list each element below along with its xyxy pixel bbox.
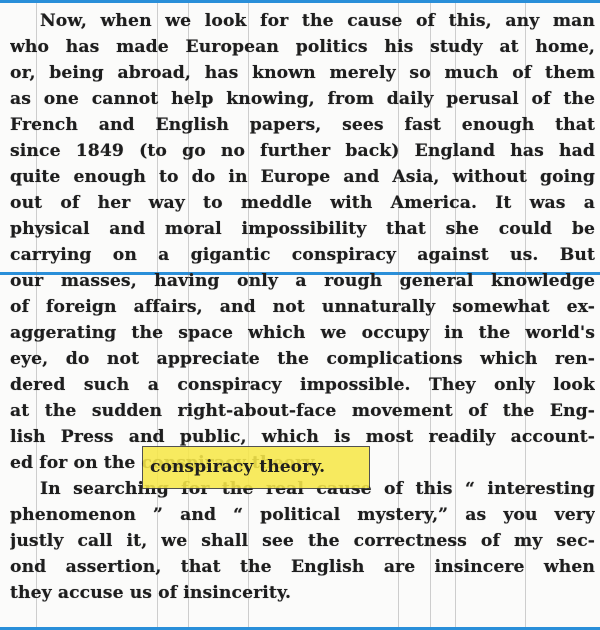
- text-line: or, being abroad, has known merely so mu…: [10, 60, 595, 86]
- paragraph-1: Now, when we look for the cause of this,…: [10, 8, 595, 476]
- text-line: Now, when we look for the cause of this,…: [10, 8, 595, 34]
- text-line: who has made European politics his study…: [10, 34, 595, 60]
- text-line: dered such a conspiracy impossible. They…: [10, 372, 595, 398]
- text-line: carrying on a gigantic conspiracy agains…: [10, 242, 595, 268]
- text-line: out of her way to meddle with America. I…: [10, 190, 595, 216]
- text-line: ond assertion, that the English are insi…: [10, 554, 595, 580]
- highlighted-phrase: conspiracy theory.: [150, 454, 325, 480]
- text-line: physical and moral impossibility that sh…: [10, 216, 595, 242]
- text-line: they accuse us of insincerity.: [10, 580, 595, 606]
- text-line: eye, do not appreciate the complications…: [10, 346, 595, 372]
- text-line: phenomenon ” and “ political mystery,” a…: [10, 502, 595, 528]
- selection-border-top: [0, 0, 600, 3]
- text-line: justly call it, we shall see the correct…: [10, 528, 595, 554]
- text-line: as one cannot help knowing, from daily p…: [10, 86, 595, 112]
- text-line: at the sudden right-about-face movement …: [10, 398, 595, 424]
- text-line: quite enough to do in Europe and Asia, w…: [10, 164, 595, 190]
- newspaper-clipping: Now, when we look for the cause of this,…: [0, 0, 600, 630]
- text-line: since 1849 (to go no further back) Engla…: [10, 138, 595, 164]
- article-body: Now, when we look for the cause of this,…: [10, 8, 595, 606]
- text-line: aggerating the space which we occupy in …: [10, 320, 595, 346]
- text-line: of foreign affairs, and not unnaturally …: [10, 294, 595, 320]
- text-line: French and English papers, sees fast eno…: [10, 112, 595, 138]
- text-line: our masses, having only a rough general …: [10, 268, 595, 294]
- paragraph-2: In searching for the real cause of this …: [10, 476, 595, 606]
